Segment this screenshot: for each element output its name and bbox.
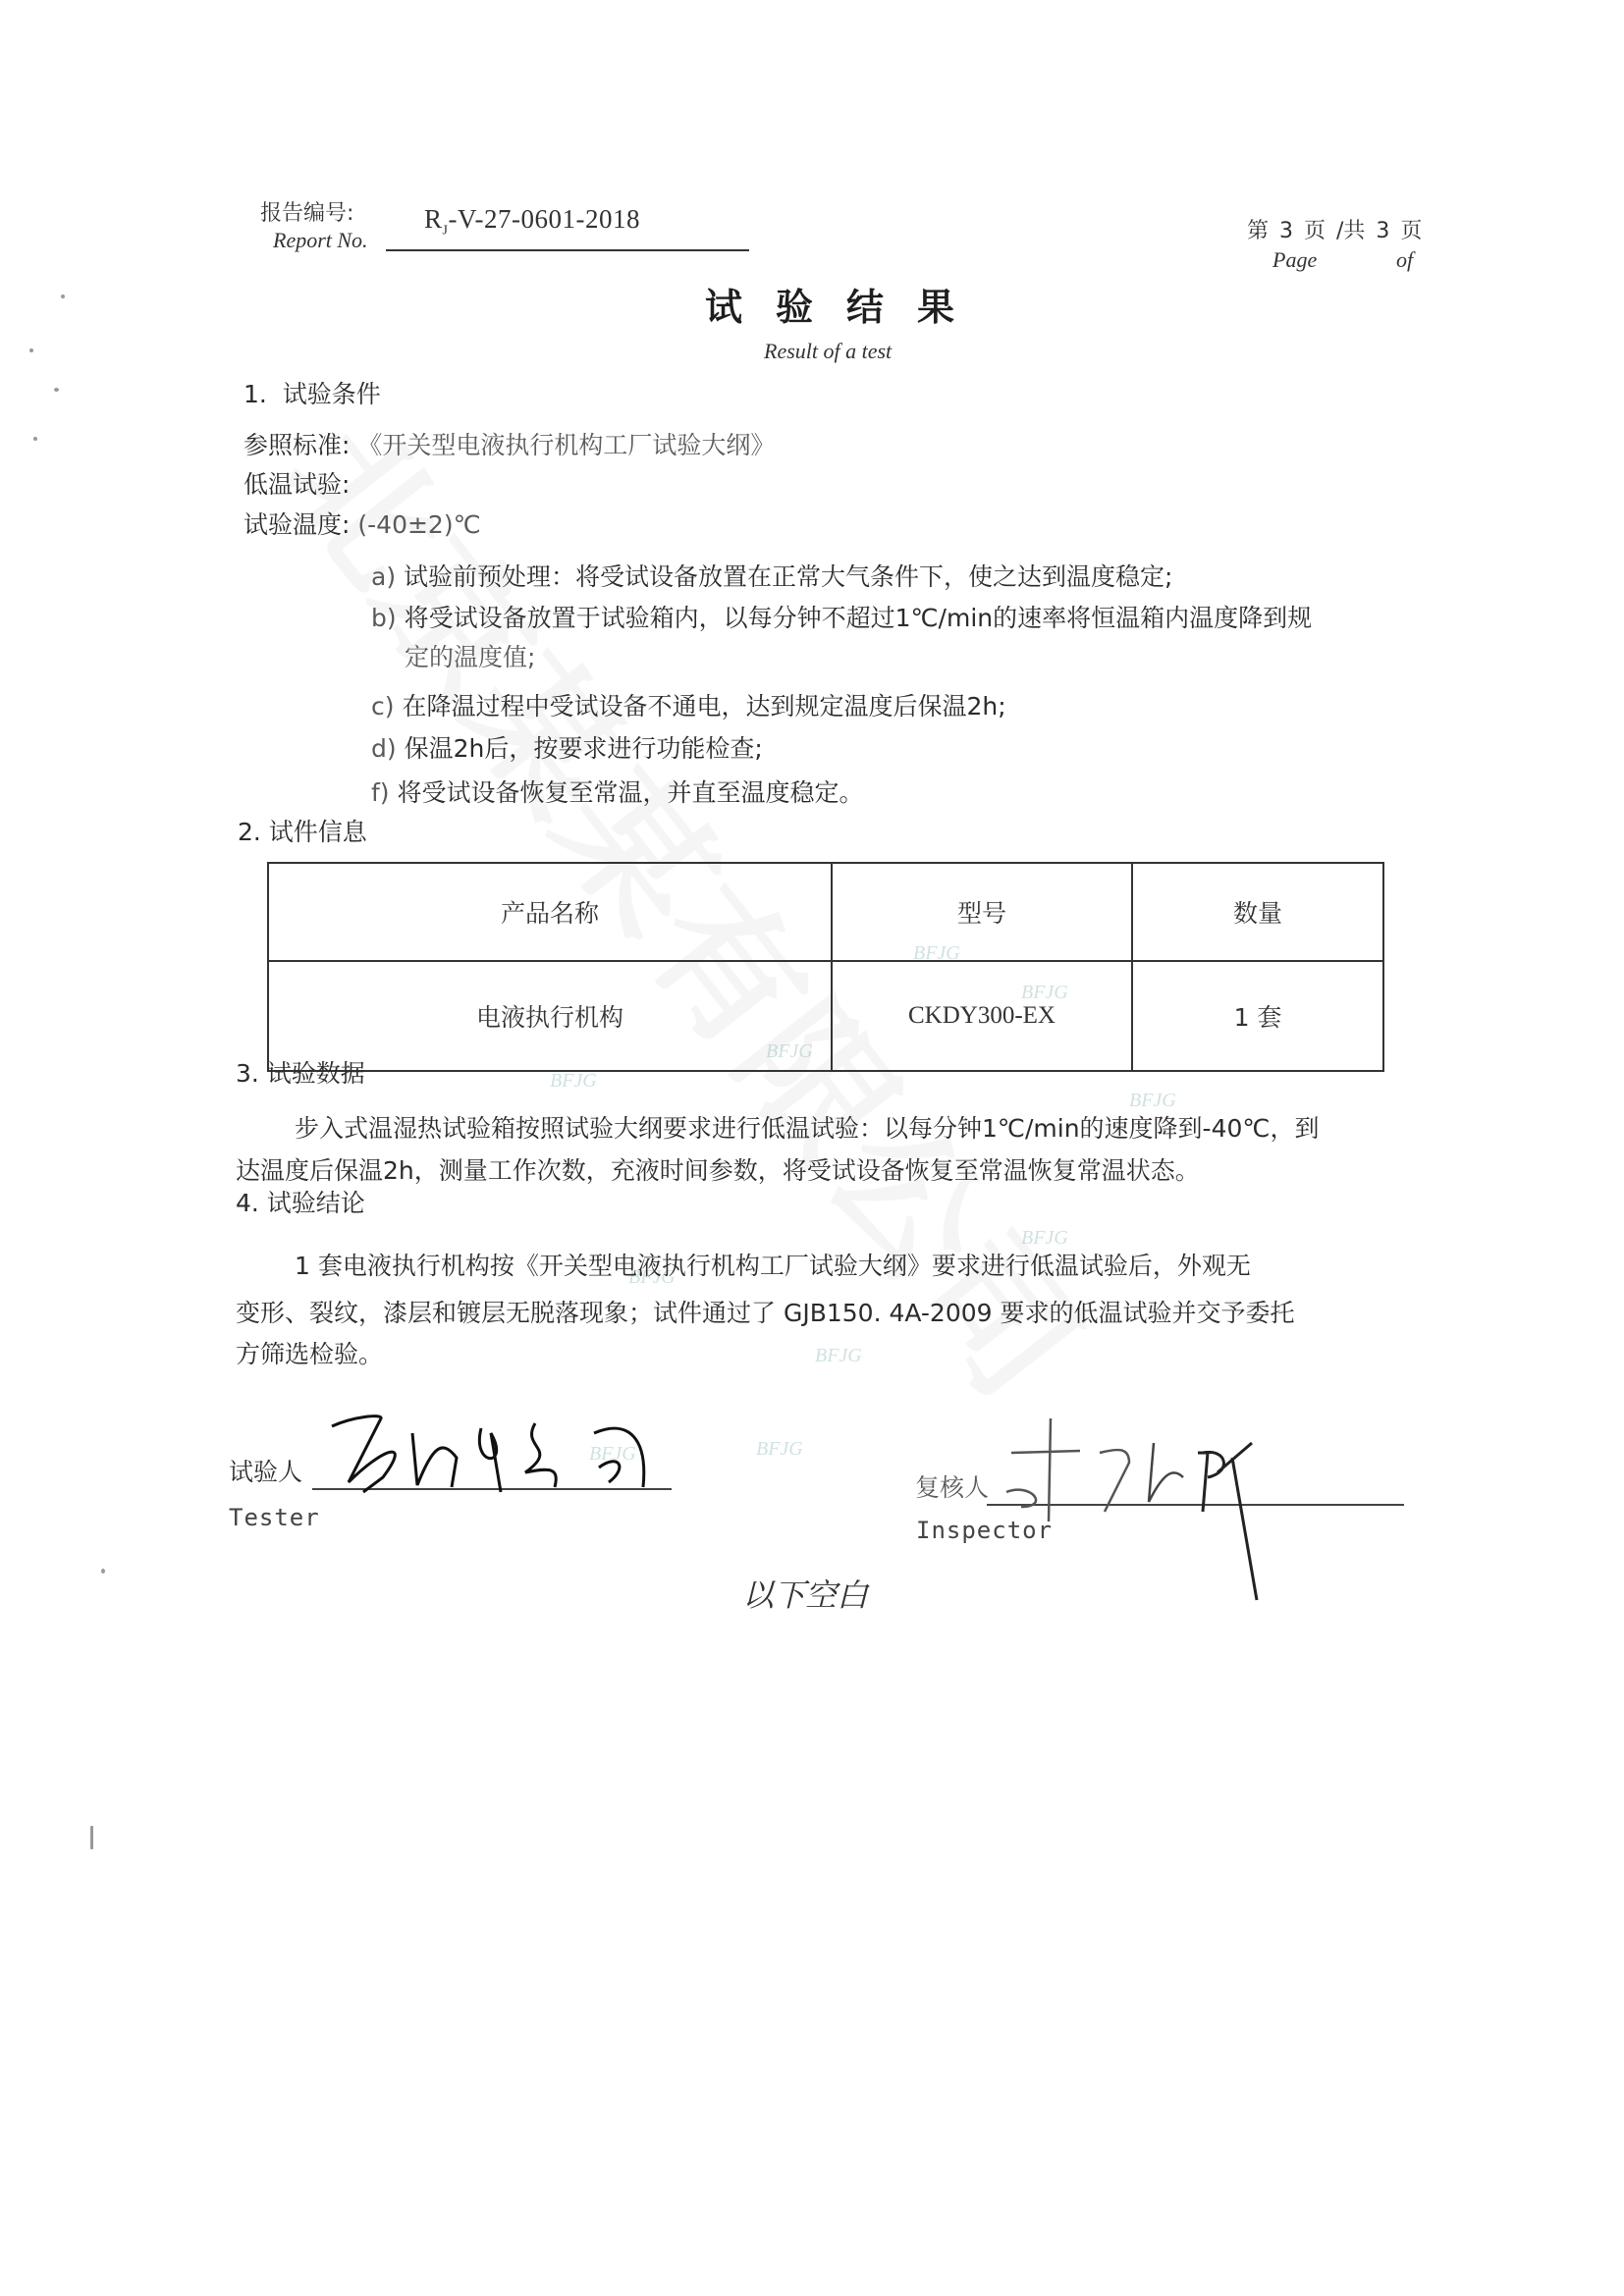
step-marker: d) bbox=[371, 734, 397, 763]
step-marker: f) bbox=[371, 778, 390, 807]
reference-standard-value: 《开关型电液执行机构工厂试验大纲》 bbox=[357, 431, 775, 459]
page-indicator-page: Page bbox=[1272, 247, 1317, 273]
page-title: 试验结果 bbox=[705, 277, 988, 331]
table-header-model: 型号 bbox=[832, 863, 1132, 961]
bfjg-watermark: BFJG bbox=[550, 1070, 597, 1093]
table-row: 电液执行机构 CKDY300-EX 1 套 bbox=[268, 961, 1383, 1071]
report-number-prefix: R bbox=[424, 204, 443, 234]
step-c: c) 在降温过程中受试设备不通电，达到规定温度后保温2h; bbox=[371, 689, 1006, 724]
report-number-value: -V-27-0601-2018 bbox=[448, 204, 640, 234]
step-text: 保温2h后，按要求进行功能检查; bbox=[405, 734, 763, 763]
low-temp-test-label: 低温试验: bbox=[244, 467, 350, 503]
blank-below-note: 以下空白 bbox=[742, 1571, 868, 1616]
inspector-signature bbox=[992, 1414, 1286, 1610]
table-cell-product-name: 电液执行机构 bbox=[268, 961, 832, 1071]
inspector-label-cn: 复核人 bbox=[915, 1470, 989, 1506]
test-temperature-label: 试验温度: bbox=[244, 510, 350, 539]
page-indicator-cn: 第 3 页 /共 3 页 bbox=[1247, 214, 1422, 244]
scan-speck bbox=[29, 348, 33, 352]
conclusion-line-2: 变形、裂纹，漆层和镀层无脱落现象；试件通过了 GJB150. 4A-2009 要… bbox=[236, 1296, 1295, 1331]
scan-speck bbox=[54, 388, 59, 392]
section-1-heading: 1. 试验条件 bbox=[244, 377, 381, 412]
reference-standard: 参照标准: 《开关型电液执行机构工厂试验大纲》 bbox=[244, 428, 775, 463]
scan-speck bbox=[33, 437, 37, 441]
page-indicator-of: of bbox=[1396, 247, 1413, 273]
report-no-label-en: Report No. bbox=[273, 228, 368, 253]
test-temperature: 试验温度: (-40±2)℃ bbox=[244, 507, 481, 543]
section-2-heading: 2. 试件信息 bbox=[238, 815, 367, 850]
inspector-label-en: Inspector bbox=[916, 1517, 1053, 1544]
bfjg-watermark: BFJG bbox=[1021, 1227, 1068, 1250]
bfjg-watermark: BFJG bbox=[815, 1345, 862, 1367]
report-no-label-cn: 报告编号: bbox=[260, 196, 353, 227]
conclusion-line-1: 1 套电液执行机构按《开关型电液执行机构工厂试验大纲》要求进行低温试验后，外观无 bbox=[295, 1249, 1251, 1284]
step-text: 在降温过程中受试设备不通电，达到规定温度后保温2h; bbox=[402, 692, 1005, 721]
bfjg-watermark: BFJG bbox=[756, 1438, 803, 1461]
step-b-continued: 定的温度值; bbox=[405, 640, 535, 675]
report-number: RJ-V-27-0601-2018 bbox=[424, 204, 640, 239]
step-a: a) 试验前预处理：将受试设备放置在正常大气条件下，使之达到温度稳定; bbox=[371, 560, 1172, 595]
table-cell-model: CKDY300-EX bbox=[832, 961, 1132, 1071]
step-text: 将受试设备放置于试验箱内，以每分钟不超过1℃/min的速率将恒温箱内温度降到规 bbox=[405, 604, 1313, 632]
step-marker: b) bbox=[371, 604, 397, 632]
tester-signature bbox=[324, 1409, 677, 1502]
step-text: 试验前预处理：将受试设备放置在正常大气条件下，使之达到温度稳定; bbox=[404, 562, 1172, 591]
page-subtitle: Result of a test bbox=[764, 339, 892, 364]
step-d: d) 保温2h后，按要求进行功能检查; bbox=[371, 731, 763, 767]
test-temperature-value: (-40±2)℃ bbox=[357, 510, 480, 539]
specimen-info-table: 产品名称 型号 数量 电液执行机构 CKDY300-EX 1 套 bbox=[267, 862, 1384, 1072]
tester-label-en: Tester bbox=[229, 1504, 320, 1531]
table-cell-quantity: 1 套 bbox=[1132, 961, 1383, 1071]
table-header-row: 产品名称 型号 数量 bbox=[268, 863, 1383, 961]
test-data-line-2: 达温度后保温2h，测量工作次数，充液时间参数，将受试设备恢复至常温恢复常温状态。 bbox=[236, 1153, 1200, 1189]
step-f: f) 将受试设备恢复至常温，并直至温度稳定。 bbox=[371, 775, 864, 811]
step-marker: c) bbox=[371, 692, 395, 721]
bfjg-watermark: BFJG bbox=[1129, 1090, 1176, 1112]
section-4-heading: 4. 试验结论 bbox=[236, 1186, 365, 1221]
report-no-underline bbox=[386, 249, 749, 251]
reference-standard-label: 参照标准: bbox=[244, 431, 350, 459]
step-b: b) 将受试设备放置于试验箱内，以每分钟不超过1℃/min的速率将恒温箱内温度降… bbox=[371, 601, 1481, 636]
step-marker: a) bbox=[371, 562, 396, 591]
scan-speck bbox=[90, 1826, 93, 1849]
conclusion-line-3: 方筛选检验。 bbox=[236, 1337, 383, 1372]
scan-speck bbox=[61, 294, 65, 298]
tester-label-cn: 试验人 bbox=[229, 1455, 302, 1490]
table-header-product-name: 产品名称 bbox=[268, 863, 832, 961]
test-data-line-1: 步入式温湿热试验箱按照试验大纲要求进行低温试验：以每分钟1℃/min的速度降到-… bbox=[295, 1111, 1319, 1147]
table-header-quantity: 数量 bbox=[1132, 863, 1383, 961]
section-3-heading: 3. 试验数据 bbox=[236, 1056, 365, 1092]
step-text: 将受试设备恢复至常温，并直至温度稳定。 bbox=[398, 778, 864, 807]
scan-speck bbox=[101, 1569, 105, 1574]
